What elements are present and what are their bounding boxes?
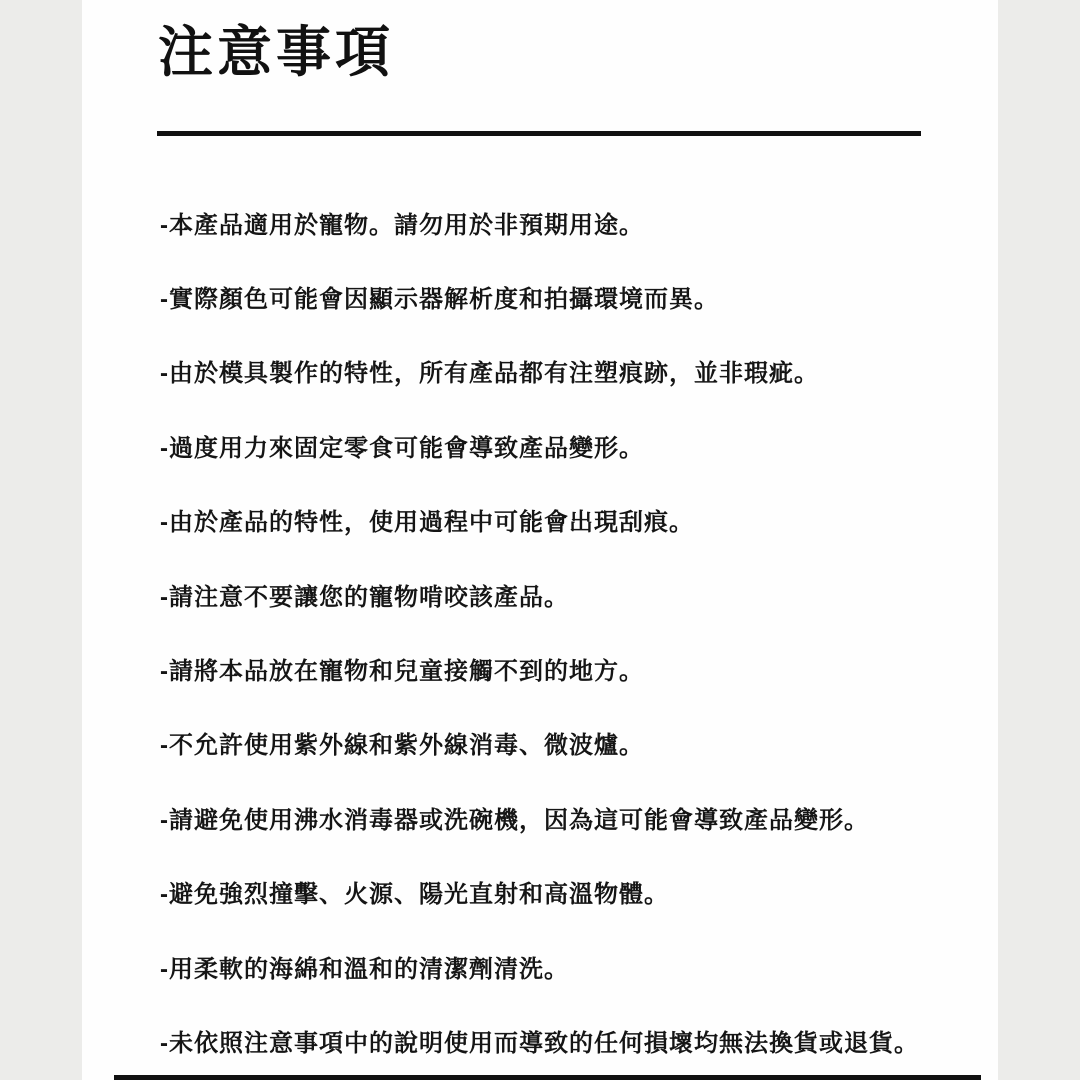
title-divider [157, 131, 921, 136]
notice-item: -由於產品的特性，使用過程中可能會出現刮痕。 [160, 483, 978, 557]
notice-page-canvas: 注意事項 -本產品適用於寵物。請勿用於非預期用途。 -實際顏色可能會因顯示器解析… [0, 0, 1080, 1080]
notice-item: -避免強烈撞擊、火源、陽光直射和高溫物體。 [160, 855, 978, 929]
notice-page: 注意事項 -本產品適用於寵物。請勿用於非預期用途。 -實際顏色可能會因顯示器解析… [82, 0, 998, 1080]
notice-item: -請將本品放在寵物和兒童接觸不到的地方。 [160, 631, 978, 705]
notice-item: -由於模具製作的特性，所有產品都有注塑痕跡，並非瑕疵。 [160, 334, 978, 408]
notice-item: -用柔軟的海綿和溫和的清潔劑清洗。 [160, 929, 978, 1003]
page-title: 注意事項 [158, 18, 394, 87]
notice-item: -不允許使用紫外線和紫外線消毒、微波爐。 [160, 706, 978, 780]
notice-item: -請注意不要讓您的寵物啃咬該產品。 [160, 557, 978, 631]
notice-item: -本產品適用於寵物。請勿用於非預期用途。 [160, 185, 978, 259]
notice-list: -本產品適用於寵物。請勿用於非預期用途。 -實際顏色可能會因顯示器解析度和拍攝環… [160, 185, 978, 1078]
notice-item: -過度用力來固定零食可能會導致產品變形。 [160, 408, 978, 482]
next-section-divider [114, 1075, 981, 1080]
notice-item: -請避免使用沸水消毒器或洗碗機，因為這可能會導致產品變形。 [160, 780, 978, 854]
notice-item: -未依照注意事項中的說明使用而導致的任何損壞均無法換貨或退貨。 [160, 1003, 978, 1077]
notice-item: -實際顏色可能會因顯示器解析度和拍攝環境而異。 [160, 259, 978, 333]
